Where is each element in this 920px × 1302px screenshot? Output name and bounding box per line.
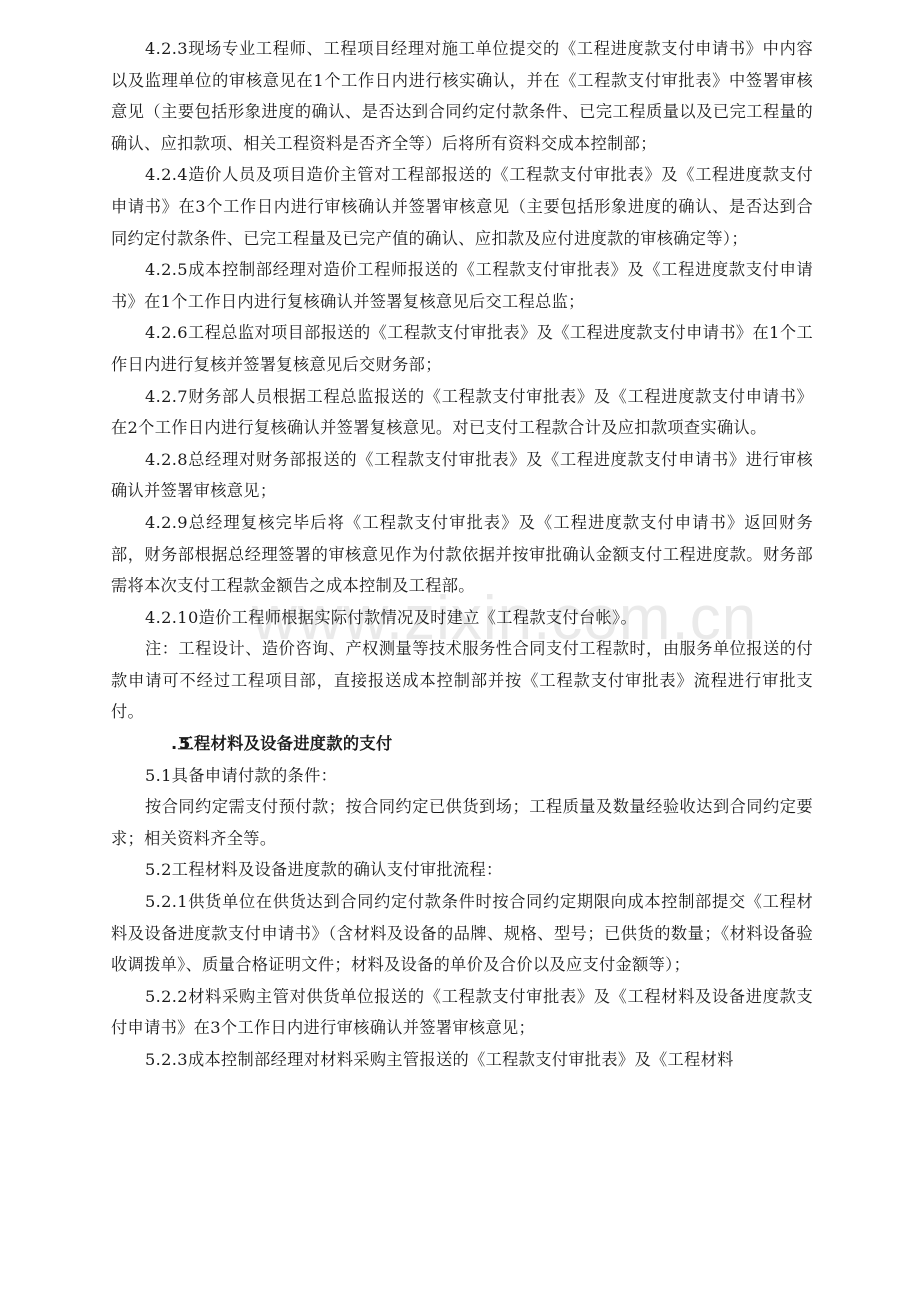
- section-heading-5: 5.工程材料及设备进度款的支付: [111, 728, 813, 760]
- paragraph-4-2-3: 4.2.3现场专业工程师、工程项目经理对施工单位提交的《工程进度款支付申请书》中…: [111, 33, 813, 159]
- paragraph-5-2-1: 5.2.1供货单位在供货达到合同约定付款条件时按合同约定期限向成本控制部提交《工…: [111, 886, 813, 981]
- paragraph-5-1: 5.1具备申请付款的条件：: [111, 760, 813, 792]
- paragraph-5-2: 5.2工程材料及设备进度款的确认支付审批流程：: [111, 854, 813, 886]
- paragraph-4-2-6: 4.2.6工程总监对项目部报送的《工程款支付审批表》及《工程进度款支付申请书》在…: [111, 317, 813, 380]
- paragraph-note: 注：工程设计、造价咨询、产权测量等技术服务性合同支付工程款时，由服务单位报送的付…: [111, 633, 813, 728]
- paragraph-5-2-3: 5.2.3成本控制部经理对材料采购主管报送的《工程款支付审批表》及《工程材料: [111, 1044, 813, 1076]
- paragraph-4-2-7: 4.2.7财务部人员根据工程总监报送的《工程款支付审批表》及《工程进度款支付申请…: [111, 381, 813, 444]
- paragraph-4-2-8: 4.2.8总经理对财务部报送的《工程款支付审批表》及《工程进度款支付申请书》进行…: [111, 444, 813, 507]
- paragraph-4-2-4: 4.2.4造价人员及项目造价主管对工程部报送的《工程款支付审批表》及《工程进度款…: [111, 159, 813, 254]
- section-title: .工程材料及设备进度款的支付: [171, 734, 393, 753]
- paragraph-4-2-5: 4.2.5成本控制部经理对造价工程师报送的《工程款支付审批表》及《工程进度款支付…: [111, 254, 813, 317]
- paragraph-4-2-9: 4.2.9总经理复核完毕后将《工程款支付审批表》及《工程进度款支付申请书》返回财…: [111, 507, 813, 602]
- paragraph-5-1-body: 按合同约定需支付预付款；按合同约定已供货到场；工程质量及数量经验收达到合同约定要…: [111, 791, 813, 854]
- section-number: 5: [145, 728, 171, 760]
- paragraph-5-2-2: 5.2.2材料采购主管对供货单位报送的《工程款支付审批表》及《工程材料及设备进度…: [111, 981, 813, 1044]
- paragraph-4-2-10: 4.2.10造价工程师根据实际付款情况及时建立《工程款支付台帐》。: [111, 602, 813, 634]
- document-page: 4.2.3现场专业工程师、工程项目经理对施工单位提交的《工程进度款支付申请书》中…: [111, 33, 813, 1076]
